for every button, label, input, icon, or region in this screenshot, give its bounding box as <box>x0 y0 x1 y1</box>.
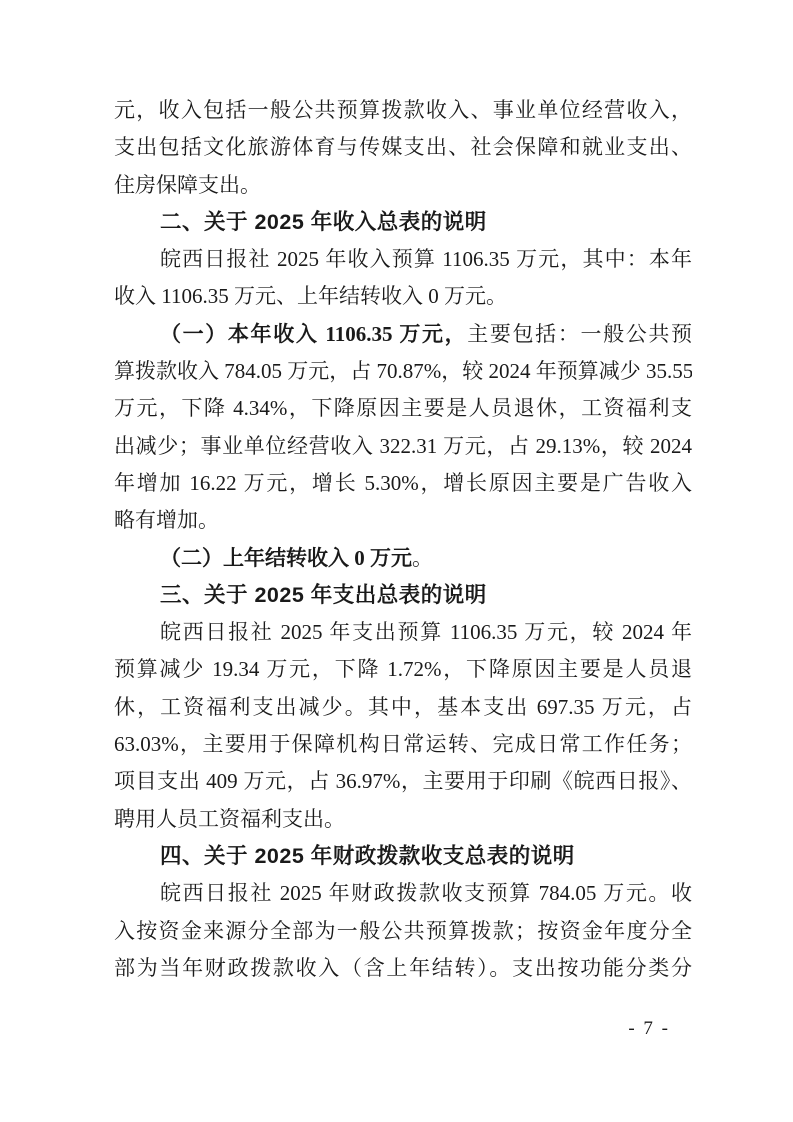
body-line: 休，工资福利支出减少。其中，基本支出 697.35 万元，占 <box>114 689 692 726</box>
section-heading-2: 二、关于 2025 年收入总表的说明 <box>114 204 692 241</box>
text-segment: 出减少；事业单位经营收入 322.31 万元，占 29.13%，较 2024 <box>114 434 692 458</box>
heading-text: 二、关于 2025 年收入总表的说明 <box>160 210 487 234</box>
heading-text: 三、关于 2025 年支出总表的说明 <box>160 583 487 607</box>
text-segment: 收入 1106.35 万元、上年结转收入 0 万元。 <box>114 284 507 308</box>
text-segment: 项目支出 409 万元，占 36.97%，主要用于印刷《皖西日报》、 <box>114 769 692 793</box>
heading-text: 四、关于 2025 年财政拨款收支总表的说明 <box>160 844 575 868</box>
text-segment: 算拨款收入 784.05 万元，占 70.87%，较 2024 年预算减少 35… <box>114 359 692 383</box>
page-number: - 7 - <box>628 1018 670 1040</box>
body-line: 出减少；事业单位经营收入 322.31 万元，占 29.13%，较 2024 <box>114 428 692 465</box>
body-line: 部为当年财政拨款收入（含上年结转）。支出按功能分类分 <box>114 950 692 987</box>
text-segment: 皖西日报社 2025 年收入预算 1106.35 万元，其中：本年 <box>160 247 692 271</box>
document-body: 元，收入包括一般公共预算拨款收入、事业单位经营收入，支出包括文化旅游体育与传媒支… <box>114 92 692 987</box>
text-segment: 。 <box>412 546 433 570</box>
text-segment: 聘用人员工资福利支出。 <box>114 807 345 831</box>
text-segment: 万元，下降 4.34%，下降原因主要是人员退休，工资福利支 <box>114 396 692 420</box>
body-line: 皖西日报社 2025 年收入预算 1106.35 万元，其中：本年 <box>114 241 692 278</box>
text-segment: 皖西日报社 2025 年财政拨款收支预算 784.05 万元。收 <box>160 881 692 905</box>
body-line: 算拨款收入 784.05 万元，占 70.87%，较 2024 年预算减少 35… <box>114 353 692 390</box>
text-segment: （一）本年收入 1106.35 万元， <box>160 322 467 346</box>
section-heading-3: 三、关于 2025 年支出总表的说明 <box>114 577 692 614</box>
document-page: 元，收入包括一般公共预算拨款收入、事业单位经营收入，支出包括文化旅游体育与传媒支… <box>0 0 793 1122</box>
body-line: 预算减少 19.34 万元，下降 1.72%，下降原因主要是人员退 <box>114 651 692 688</box>
section-heading-4: 四、关于 2025 年财政拨款收支总表的说明 <box>114 838 692 875</box>
subsection-line: （一）本年收入 1106.35 万元，主要包括：一般公共预 <box>114 316 692 353</box>
body-line: 项目支出 409 万元，占 36.97%，主要用于印刷《皖西日报》、 <box>114 763 692 800</box>
body-line: 皖西日报社 2025 年财政拨款收支预算 784.05 万元。收 <box>114 875 692 912</box>
body-line: 住房保障支出。 <box>114 167 692 204</box>
text-segment: 年增加 16.22 万元，增长 5.30%，增长原因主要是广告收入 <box>114 471 692 495</box>
text-segment: （二）上年结转收入 0 万元 <box>160 546 412 570</box>
text-segment: 休，工资福利支出减少。其中，基本支出 697.35 万元，占 <box>114 695 692 719</box>
body-line: 聘用人员工资福利支出。 <box>114 801 692 838</box>
text-segment: 63.03%，主要用于保障机构日常运转、完成日常工作任务； <box>114 732 692 756</box>
body-line: 皖西日报社 2025 年支出预算 1106.35 万元，较 2024 年 <box>114 614 692 651</box>
body-line: 入按资金来源分全部为一般公共预算拨款；按资金年度分全 <box>114 913 692 950</box>
body-line: 略有增加。 <box>114 502 692 539</box>
text-segment: 住房保障支出。 <box>114 173 261 197</box>
text-segment: 预算减少 19.34 万元，下降 1.72%，下降原因主要是人员退 <box>114 657 692 681</box>
body-line: 万元，下降 4.34%，下降原因主要是人员退休，工资福利支 <box>114 390 692 427</box>
text-segment: 元，收入包括一般公共预算拨款收入、事业单位经营收入， <box>114 98 692 122</box>
body-line: 收入 1106.35 万元、上年结转收入 0 万元。 <box>114 278 692 315</box>
text-segment: 支出包括文化旅游体育与传媒支出、社会保障和就业支出、 <box>114 135 692 159</box>
text-segment: 入按资金来源分全部为一般公共预算拨款；按资金年度分全 <box>114 919 692 943</box>
subsection-line: （二）上年结转收入 0 万元。 <box>114 540 692 577</box>
text-segment: 略有增加。 <box>114 508 219 532</box>
body-line: 元，收入包括一般公共预算拨款收入、事业单位经营收入， <box>114 92 692 129</box>
text-segment: 皖西日报社 2025 年支出预算 1106.35 万元，较 2024 年 <box>160 620 692 644</box>
body-line: 支出包括文化旅游体育与传媒支出、社会保障和就业支出、 <box>114 129 692 166</box>
body-line: 63.03%，主要用于保障机构日常运转、完成日常工作任务； <box>114 726 692 763</box>
body-line: 年增加 16.22 万元，增长 5.30%，增长原因主要是广告收入 <box>114 465 692 502</box>
text-segment: 主要包括：一般公共预 <box>467 322 692 346</box>
text-segment: 部为当年财政拨款收入（含上年结转）。支出按功能分类分 <box>114 956 692 980</box>
